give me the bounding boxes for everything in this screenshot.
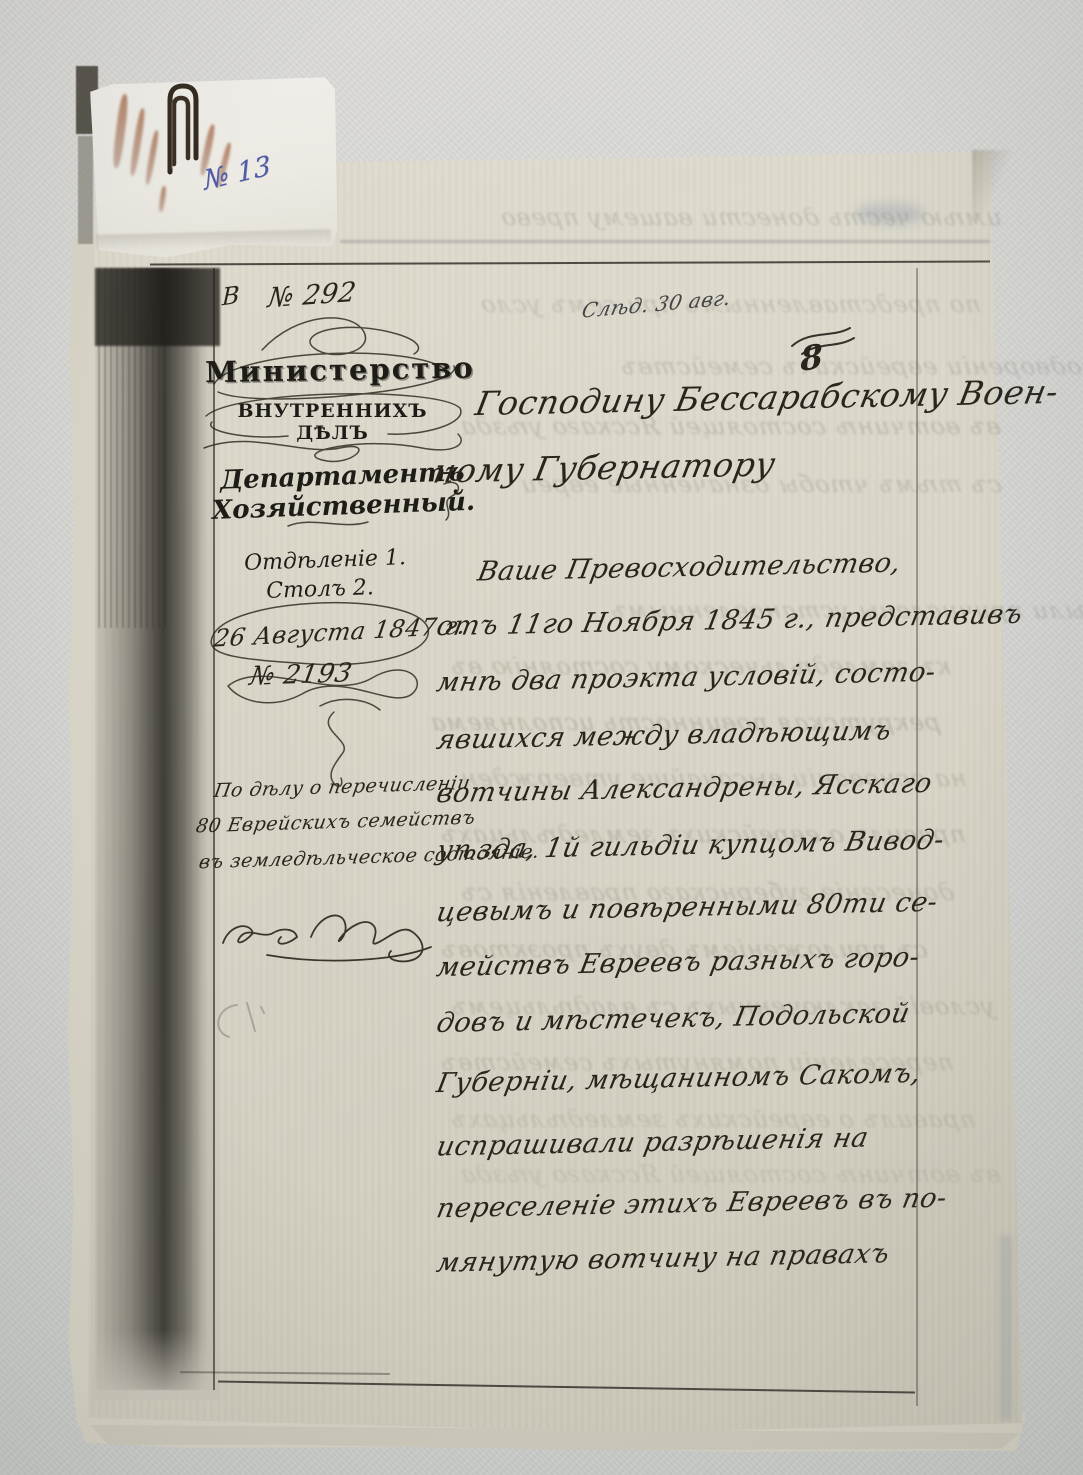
- address-line: ному Губернатору: [430, 444, 779, 490]
- incoming-number: № 292: [266, 277, 358, 315]
- binding-shadow-fade: [95, 1330, 220, 1400]
- graphite-smudge-line: [340, 240, 990, 243]
- photo-edge-fragment-2: [78, 136, 93, 244]
- letterhead-ministry: Министерство: [205, 351, 461, 389]
- blue-ink-streak: [1000, 1235, 1012, 1420]
- folio-number: 8: [799, 336, 823, 379]
- corner-letter-mark: В: [222, 281, 241, 312]
- letterhead-branch: ВНУТРЕННИХЪ ДѢЛЪ: [215, 400, 450, 444]
- showthrough-line: имѣю честь донести вашему прево: [498, 203, 1004, 231]
- pencil-mark: [203, 993, 273, 1048]
- paperclip: [160, 80, 208, 180]
- clerk-signature: [215, 903, 450, 968]
- archival-photo: имѣю честь донести вашему прево по предс…: [0, 0, 1083, 1475]
- page-edges-texture: [98, 268, 168, 628]
- letterhead-outgoing-number: № 2193: [247, 658, 354, 692]
